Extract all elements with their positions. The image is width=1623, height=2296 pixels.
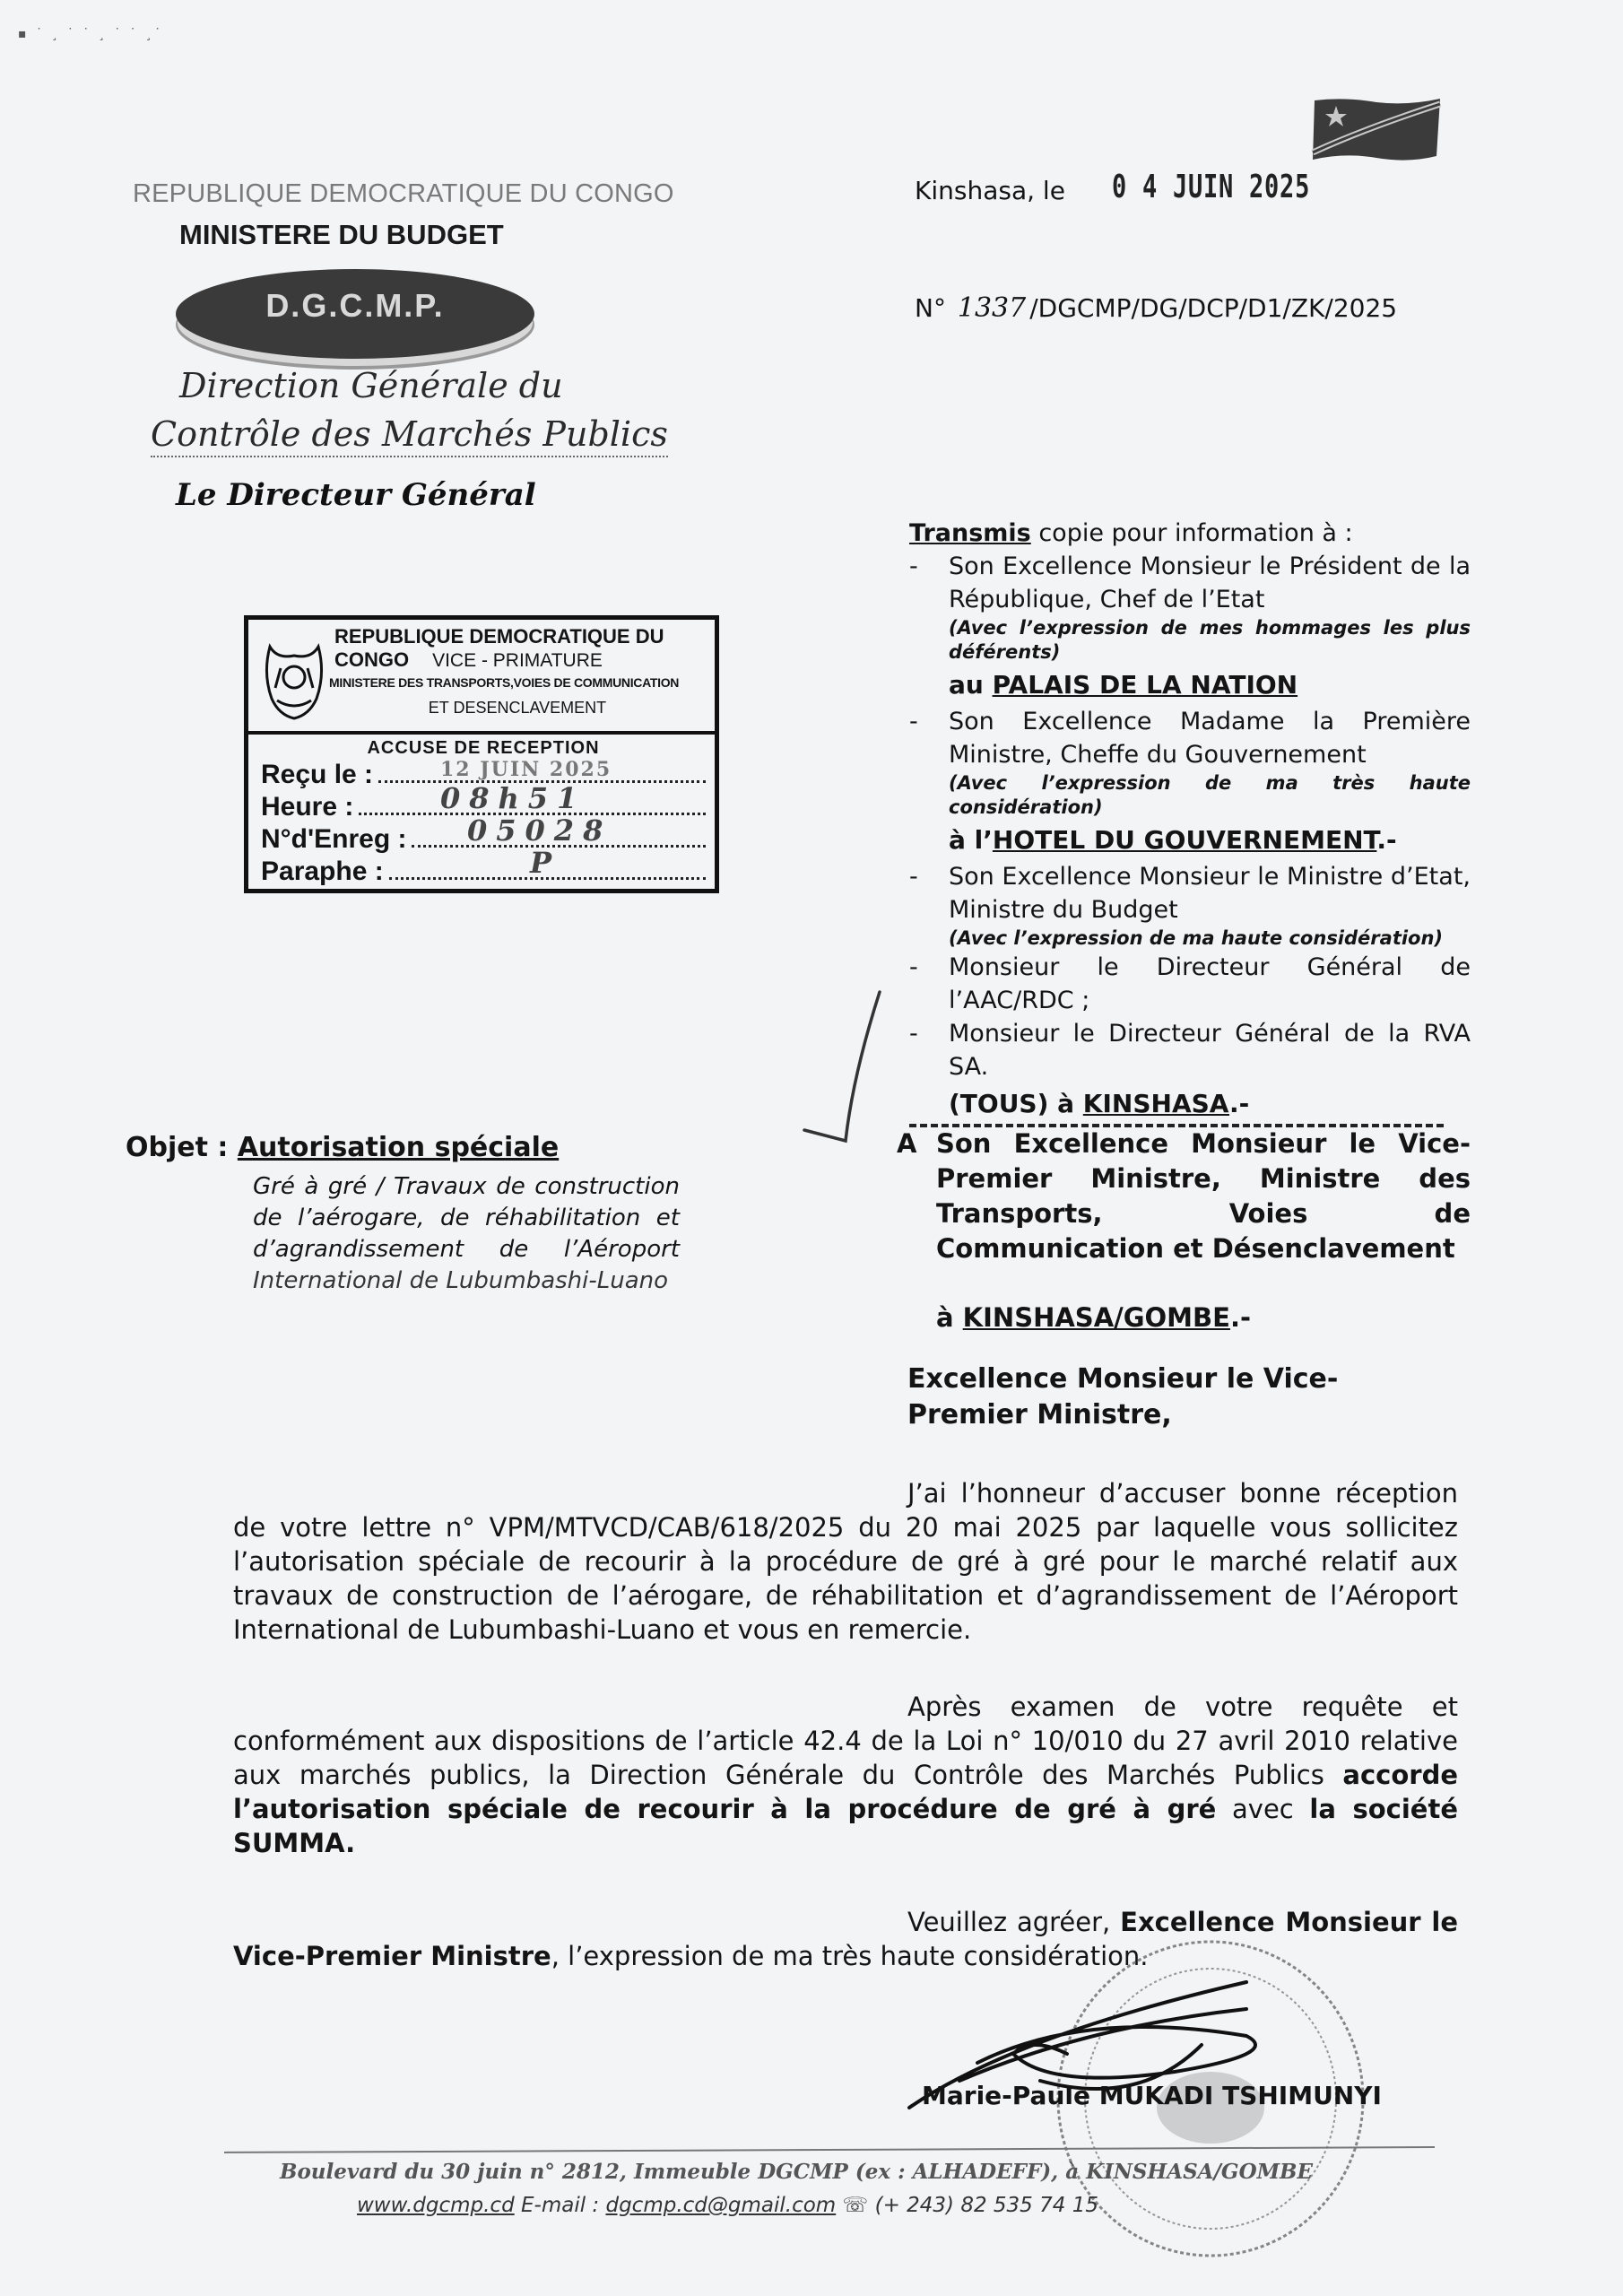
stamp-line-vice-primature: VICE - PRIMATURE — [248, 650, 715, 672]
addressee-location: à KINSHASA/GOMBE.- — [897, 1300, 1471, 1335]
stamp-value: P — [530, 847, 560, 879]
addressee-block: A Son Excellence Monsieur le Vice-Premie… — [897, 1126, 1471, 1335]
copy-destination: à l’HOTEL DU GOUVERNEMENT.- — [909, 823, 1471, 857]
ref-prefix: N° — [915, 293, 946, 323]
copy-list-title: Transmis copie pour information à : — [909, 517, 1471, 550]
stamp-label: N°d'Enreg : — [261, 823, 406, 856]
body-paragraph-2: Après examen de votre requête et conform… — [233, 1690, 1458, 1860]
stamp-row-paraphe: Paraphe : P — [261, 856, 706, 888]
footer-contact: www.dgcmp.cd E-mail : dgcmp.cd@gmail.com… — [357, 2194, 1098, 2217]
addressee-text: Son Excellence Monsieur le Vice-Premier … — [936, 1126, 1471, 1266]
date-stamp: 0 4 JUIN 2025 — [1112, 169, 1310, 205]
letterhead-title: Le Directeur Général — [176, 477, 536, 513]
reference-number: N° 1337/DGCMP/DG/DCP/D1/ZK/2025 — [915, 292, 1397, 324]
letterhead-republic: REPUBLIQUE DEMOCRATIQUE DU CONGO — [133, 179, 674, 209]
date-place: Kinshasa, le — [915, 176, 1065, 205]
copy-recipient: - Son Excellence Madame la Première Mini… — [909, 705, 1471, 820]
stamp-value: 05028 — [467, 814, 612, 847]
addressee-marker: A — [897, 1126, 936, 1266]
ref-suffix: /DGCMP/DG/DCP/D1/ZK/2025 — [1029, 293, 1397, 323]
letterhead-direction-line1: Direction Générale du — [179, 366, 563, 405]
stamp-header: REPUBLIQUE DEMOCRATIQUE DU CONGO VICE - … — [248, 620, 715, 735]
copy-final-destination: (TOUS) à KINSHASA.- — [909, 1087, 1471, 1120]
stamp-row-registration: N°d'Enreg : 05028 — [261, 823, 706, 856]
letterhead-direction-line2: Contrôle des Marchés Publics — [151, 414, 668, 457]
scan-artifact: ▪ ˙ ¸ ˙ ˙ ¸ ˙ ˙ ¸˙ — [18, 27, 163, 41]
subject-description: Gré à gré / Travaux de construction de l… — [253, 1171, 680, 1297]
copy-distribution-list: Transmis copie pour information à : - So… — [909, 517, 1471, 1127]
stamp-body: ACCUSE DE RECEPTION Reçu le : 12 JUIN 20… — [261, 738, 706, 888]
email-link[interactable]: dgcmp.cd@gmail.com — [605, 2194, 836, 2217]
drc-flag-icon — [1309, 93, 1444, 165]
copy-recipient: - Monsieur le Directeur Général de la RV… — [909, 1017, 1471, 1083]
stamp-label: Heure : — [261, 791, 353, 823]
dgcmp-logo: D.G.C.M.P. — [176, 269, 534, 359]
copy-destination: au PALAIS DE LA NATION — [909, 668, 1471, 701]
subject-line: Objet : Autorisation spéciale — [126, 1132, 559, 1163]
copy-recipient: - Son Excellence Monsieur le Président d… — [909, 550, 1471, 665]
stamp-value: 08h51 — [440, 782, 586, 814]
ref-handwritten-number: 1337 — [958, 292, 1026, 324]
subject-title: Autorisation spéciale — [238, 1132, 559, 1163]
phone-icon: ☏ — [843, 2194, 869, 2217]
logo-text: D.G.C.M.P. — [265, 287, 444, 325]
stamp-line-ministry: MINISTERE DES TRANSPORTS,VOIES DE COMMUN… — [329, 675, 679, 690]
stamp-label: Paraphe : — [261, 856, 384, 888]
salutation: Excellence Monsieur le Vice-Premier Mini… — [907, 1361, 1410, 1433]
signatory-name: Marie-Paule MUKADI TSHIMUNYI — [922, 2081, 1382, 2110]
stamp-label: Reçu le : — [261, 759, 373, 791]
copy-recipient: - Son Excellence Monsieur le Ministre d’… — [909, 860, 1471, 951]
reception-stamp: REPUBLIQUE DEMOCRATIQUE DU CONGO VICE - … — [244, 615, 719, 893]
phone-number: (+ 243) 82 535 74 15 — [875, 2194, 1098, 2217]
body-paragraph-1: J’ai l’honneur d’accuser bonne réception… — [233, 1476, 1458, 1647]
letterhead-ministry: MINISTERE DU BUDGET — [179, 219, 504, 251]
website-link[interactable]: www.dgcmp.cd — [357, 2194, 515, 2217]
footer-address: Boulevard du 30 juin n° 2812, Immeuble D… — [280, 2160, 1313, 2184]
checkmark-icon — [803, 987, 883, 1166]
copy-recipient: - Monsieur le Directeur Général de l’AAC… — [909, 951, 1471, 1017]
stamp-line-desenclavement: ET DESENCLAVEMENT — [248, 699, 715, 717]
